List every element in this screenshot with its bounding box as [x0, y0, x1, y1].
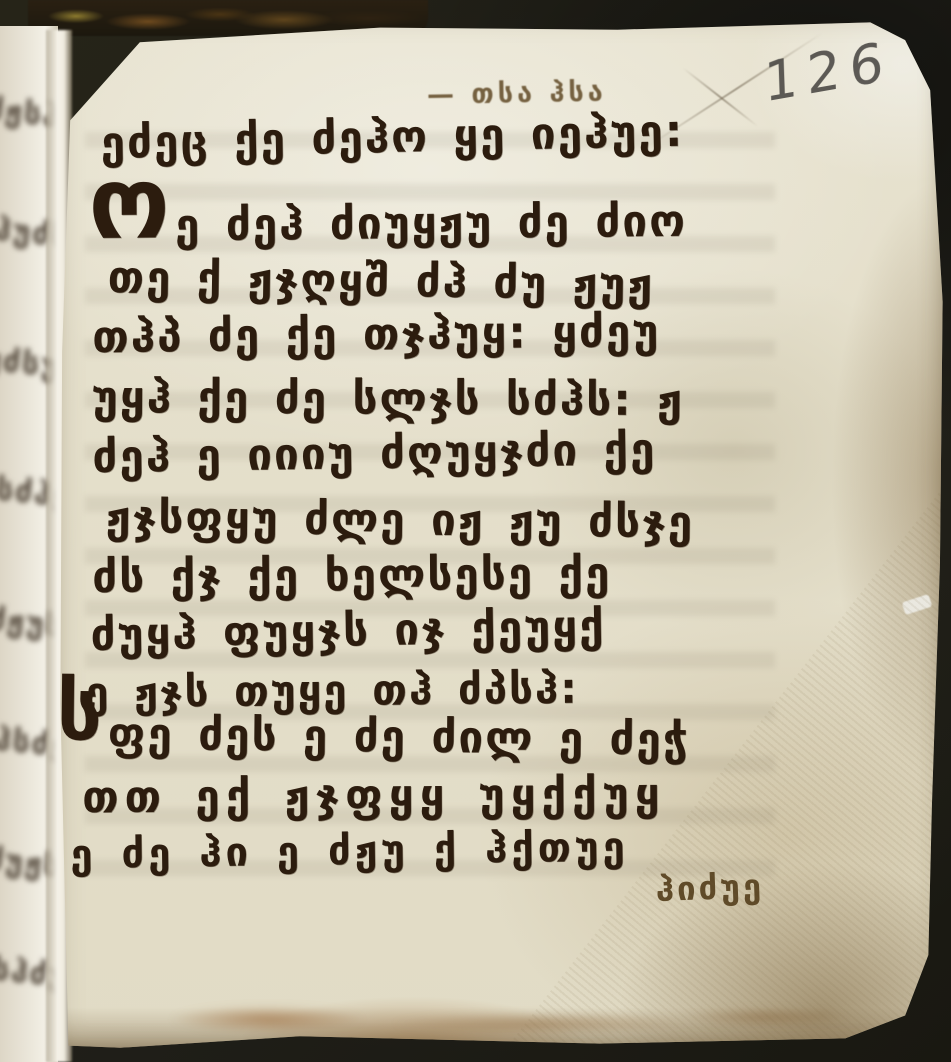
manuscript-line: ძს ქჯ ქე ხელსესე ქე — [92, 548, 612, 603]
manuscript-line: ძეჰ ე იიიუ ძღუყჯძი ქე — [92, 424, 657, 483]
manuscript-line: უყჰ ქე ძე სლჯს სძჰს: ჟ — [92, 372, 684, 426]
manuscript-line: ს ფე ძეს ე ძე ძილ ე ძეჭ — [56, 684, 690, 766]
manuscript-line: თე ქ ჟჯღყშ ძჰ ძუ ჟუჟ — [107, 252, 654, 311]
tall-marginal-initial: ს — [56, 680, 104, 744]
paper-chip — [902, 594, 933, 615]
manuscript-line-text: ე ძეჰ ძიუყჟუ ძე ძიო — [175, 196, 687, 251]
manuscript-line: ძუყჰ ფუყჯს იჯ ქეუყქ — [90, 601, 606, 661]
stain-blotch — [70, 994, 860, 1036]
page-number-pencil: 126 — [763, 28, 893, 114]
catchword-line: ჰიძუე — [655, 866, 765, 909]
manuscript-line-text: ფე ძეს ე ძე ძილ ე ძეჭ — [108, 709, 690, 766]
manuscript-line: ე ძე ჰი ე ძჟუ ქ ჰქთუე — [70, 824, 629, 878]
fold-crease — [682, 67, 758, 127]
header-line: — თსა ჰსა — [427, 76, 607, 110]
manuscript-line: ჟჯსფყუ ძლე იჟ ჟუ ძსჯე — [106, 492, 695, 548]
large-initial: ო — [88, 164, 172, 243]
manuscript-line: თჰპ ძე ქე თჯჰუყ: ყძეუ — [92, 306, 661, 363]
manuscript-photo: ძჟსჰ ჰუძს ჟძსუ სძჰჟ ძჟუს ჰსძჟ ძუჟს სჰძუ … — [0, 0, 951, 1062]
manuscript-line: ო ე ძეჰ ძიუყჟუ ძე ძიო — [88, 160, 687, 252]
manuscript-line: თთ ექ ჟჯფყყ უყქქუყ — [82, 769, 666, 823]
manuscript-page: 126 — თსა ჰსა ეძეც ქე ძეჰო ყე იეჰუე: ო ე… — [55, 12, 948, 1054]
